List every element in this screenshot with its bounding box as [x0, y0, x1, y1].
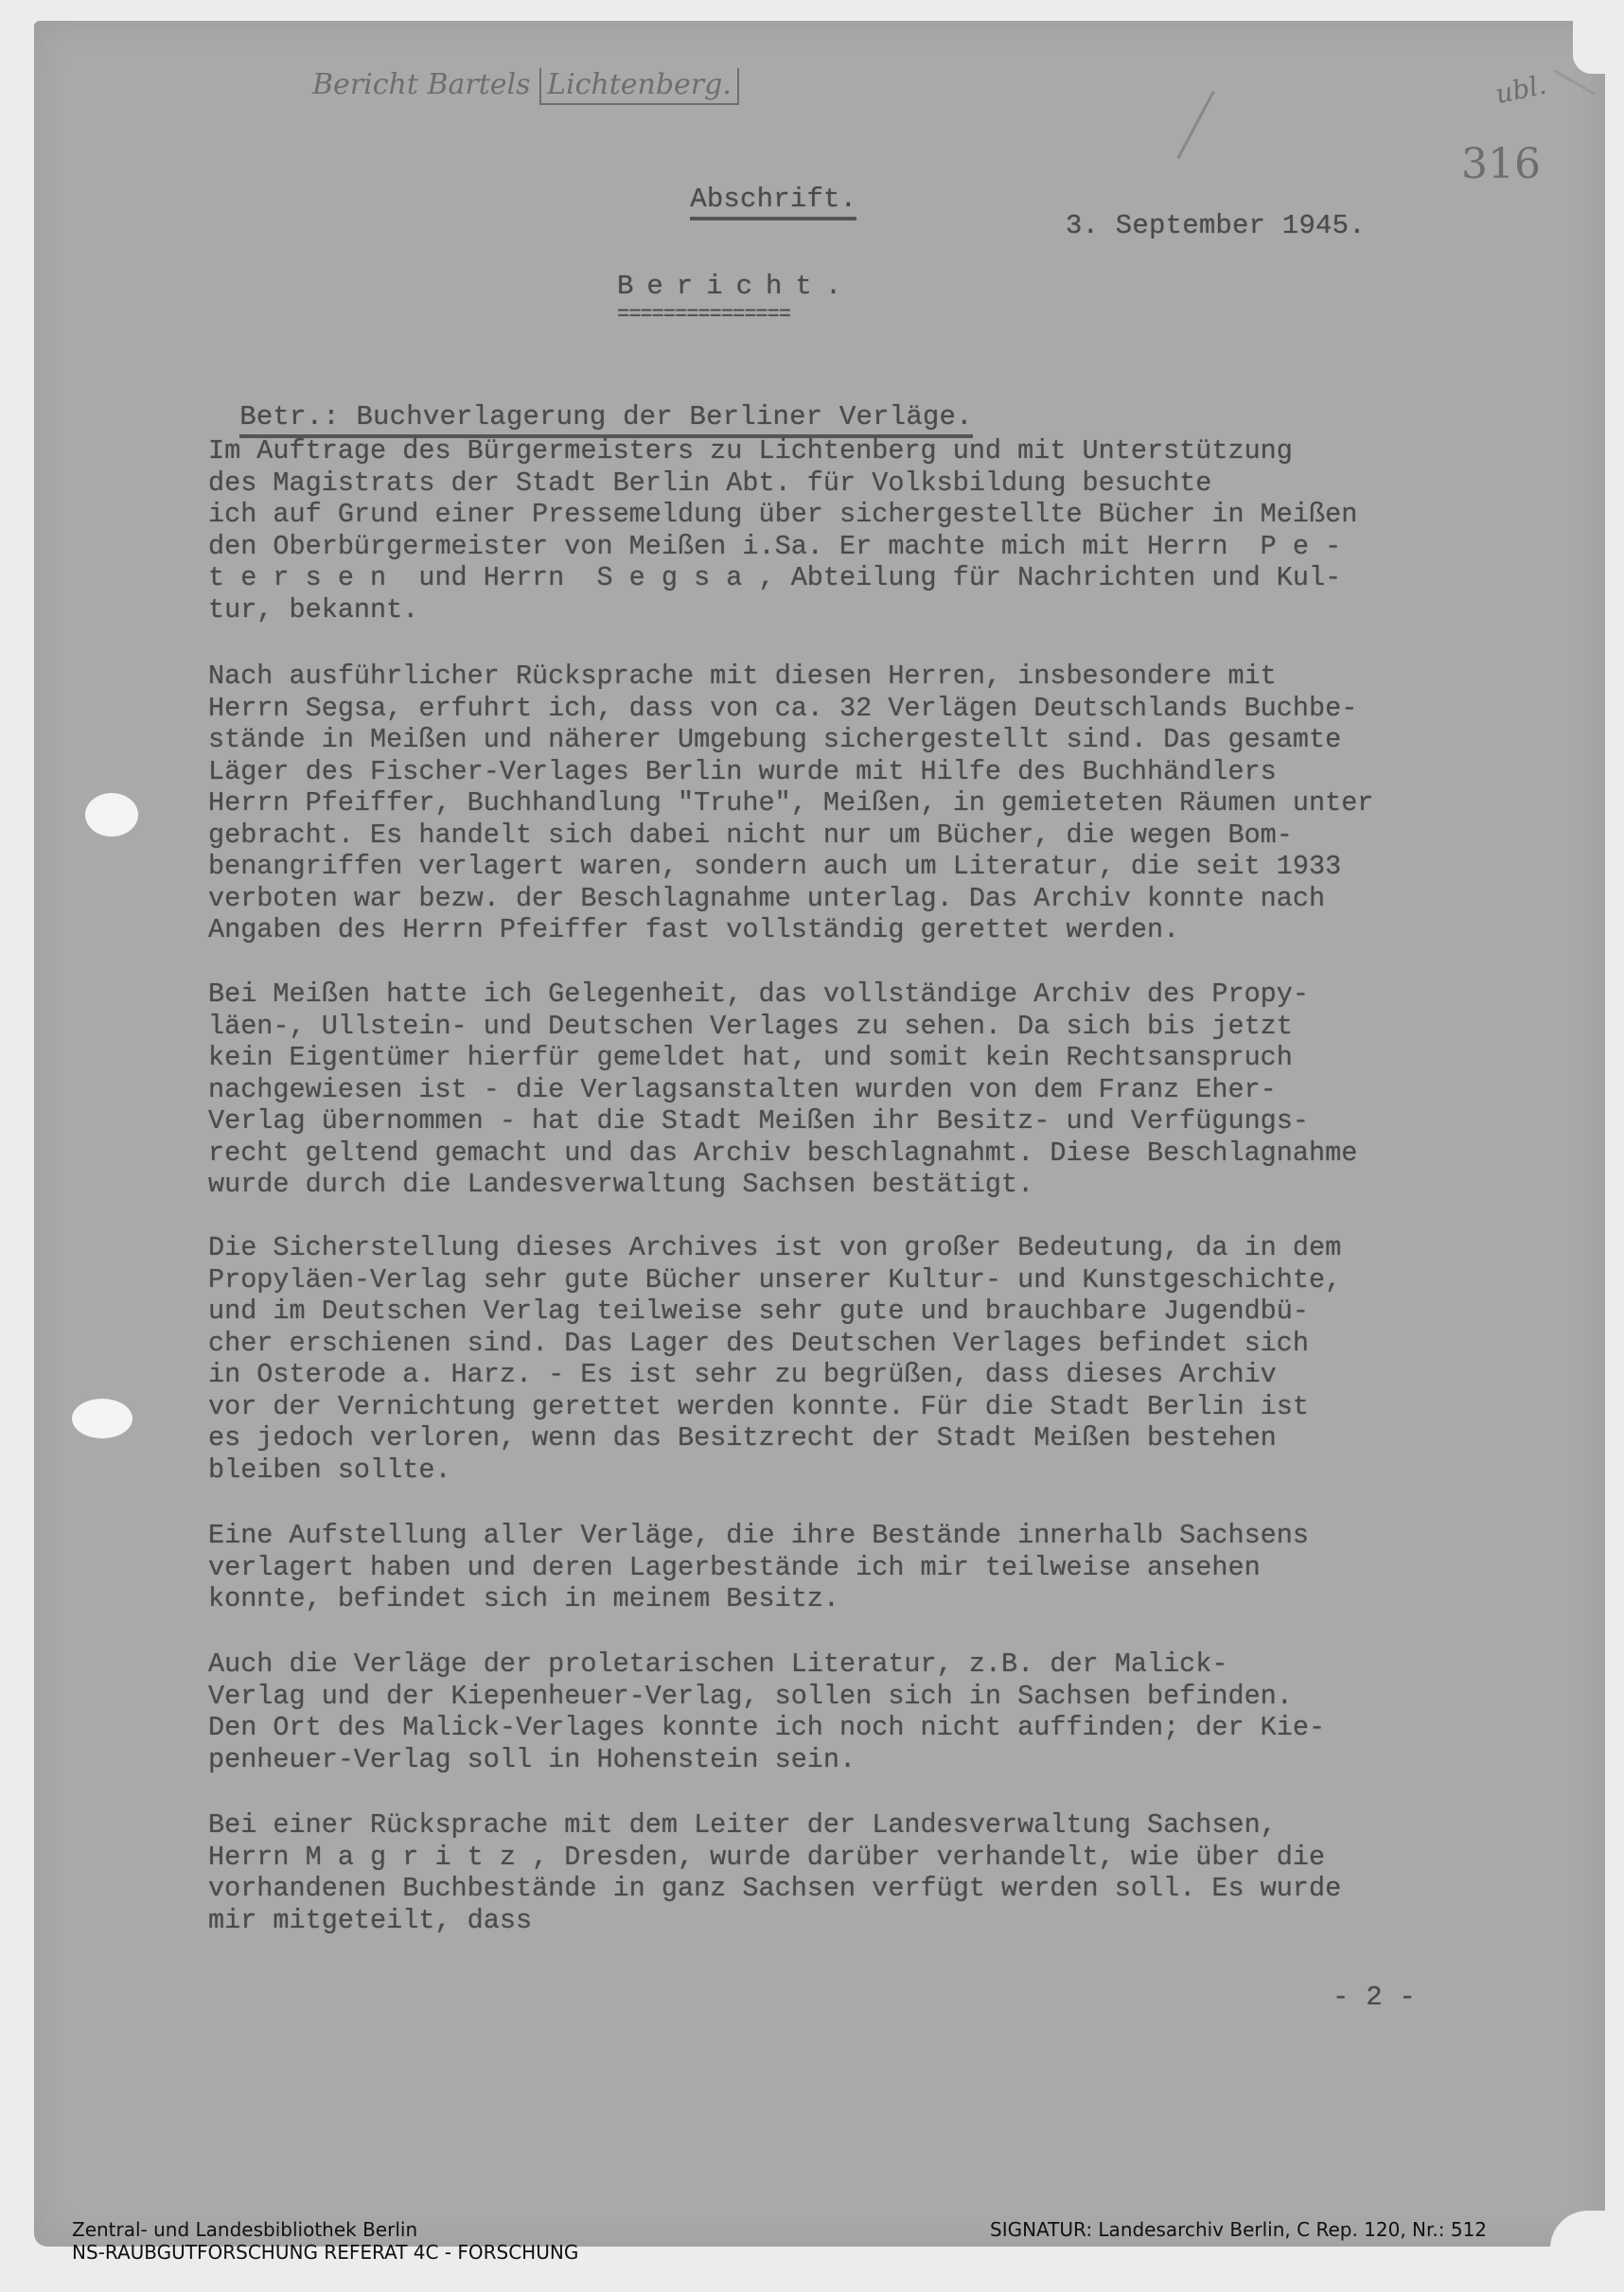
paragraph-line: Angaben des Herrn Pfeiffer fast vollstän…: [208, 914, 1599, 946]
paragraph-line: Bei Meißen hatte ich Gelegenheit, das vo…: [208, 979, 1599, 1011]
paragraph-3: Bei Meißen hatte ich Gelegenheit, das vo…: [208, 979, 1599, 1201]
paragraph-line: in Osterode a. Harz. - Es ist sehr zu be…: [208, 1359, 1599, 1391]
paragraph-line: Auch die Verläge der proletarischen Lite…: [208, 1648, 1599, 1681]
document-subject: Betr.: Buchverlagerung der Berliner Verl…: [206, 369, 973, 433]
paragraph-line: ich auf Grund einer Pressemeldung über s…: [208, 499, 1599, 531]
paragraph-line: kein Eigentümer hierfür gemeldet hat, un…: [208, 1042, 1599, 1074]
paragraph-line: recht geltend gemacht und das Archiv bes…: [208, 1137, 1599, 1170]
paragraph-line: vor der Vernichtung gerettet werden konn…: [208, 1391, 1599, 1423]
paragraph-line: gebracht. Es handelt sich dabei nicht nu…: [208, 820, 1599, 852]
abschrift-label: Abschrift.: [690, 184, 856, 220]
paragraph-line: benangriffen verlagert waren, sondern au…: [208, 851, 1599, 883]
paragraph-6: Auch die Verläge der proletarischen Lite…: [208, 1648, 1599, 1775]
paragraph-line: mir mitgeteilt, dass: [208, 1905, 1599, 1937]
handwritten-note-boxed: Lichtenberg.: [539, 68, 739, 105]
document-label: Abschrift.: [657, 151, 856, 216]
library-name: Zentral- und Landesbibliothek Berlin: [72, 2218, 578, 2241]
paragraph-line: bleiben sollte.: [208, 1455, 1599, 1487]
paragraph-line: Nach ausführlicher Rücksprache mit diese…: [208, 661, 1599, 693]
paragraph-line: Eine Aufstellung aller Verläge, die ihre…: [208, 1520, 1599, 1552]
paragraph-line: es jedoch verloren, wenn das Besitzrecht…: [208, 1422, 1599, 1455]
paragraph-line: Propyläen-Verlag sehr gute Bücher unsere…: [208, 1264, 1599, 1296]
paragraph-5: Eine Aufstellung aller Verläge, die ihre…: [208, 1520, 1599, 1615]
punch-hole-bottom: [72, 1399, 132, 1438]
paragraph-line: Den Ort des Malick-Verlages konnte ich n…: [208, 1712, 1599, 1744]
punch-hole-top: [85, 793, 138, 837]
paragraph-line: stände in Meißen und näherer Umgebung si…: [208, 724, 1599, 756]
paragraph-line: und im Deutschen Verlag teilweise sehr g…: [208, 1296, 1599, 1328]
paragraph-line: den Oberbürgermeister von Meißen i.Sa. E…: [208, 531, 1599, 563]
page-continuation-marker: - 2 -: [1333, 1982, 1416, 2014]
subject-text: Betr.: Buchverlagerung der Berliner Verl…: [239, 401, 973, 438]
archive-footer-left: Zentral- und Landesbibliothek Berlin NS-…: [72, 2218, 578, 2264]
paragraph-line: Verlag und der Kiepenheuer-Verlag, solle…: [208, 1681, 1599, 1713]
paragraph-line: Die Sicherstellung dieses Archives ist v…: [208, 1232, 1599, 1264]
paragraph-line: Herrn Segsa, erfuhrt ich, dass von ca. 3…: [208, 693, 1599, 725]
archive-signature: SIGNATUR: Landesarchiv Berlin, C Rep. 12…: [990, 2218, 1487, 2241]
paragraph-2: Nach ausführlicher Rücksprache mit diese…: [208, 661, 1599, 946]
handwritten-note: Bericht Bartels Lichtenberg.: [312, 68, 739, 101]
paragraph-line: des Magistrats der Stadt Berlin Abt. für…: [208, 467, 1599, 500]
paragraph-line: wurde durch die Landesverwaltung Sachsen…: [208, 1169, 1599, 1201]
paragraph-line: nachgewiesen ist - die Verlagsanstalten …: [208, 1074, 1599, 1106]
paragraph-line: penheuer-Verlag soll in Hohenstein sein.: [208, 1744, 1599, 1776]
paragraph-7: Bei einer Rücksprache mit dem Leiter der…: [208, 1809, 1599, 1936]
paragraph-line: cher erschienen sind. Das Lager des Deut…: [208, 1328, 1599, 1360]
paragraph-1: Im Auftrage des Bürgermeisters zu Lichte…: [208, 435, 1599, 626]
paragraph-line: tur, bekannt.: [208, 594, 1599, 626]
paragraph-4: Die Sicherstellung dieses Archives ist v…: [208, 1232, 1599, 1486]
paragraph-line: verlagert haben und deren Lagerbestände …: [208, 1552, 1599, 1584]
paragraph-line: Im Auftrage des Bürgermeisters zu Lichte…: [208, 435, 1599, 467]
paragraph-line: läen-, Ullstein- und Deutschen Verlages …: [208, 1011, 1599, 1043]
paragraph-line: Verlag übernommen - hat die Stadt Meißen…: [208, 1105, 1599, 1137]
paragraph-line: vorhandenen Buchbestände in ganz Sachsen…: [208, 1873, 1599, 1905]
paragraph-line: verboten war bezw. der Beschlagnahme unt…: [208, 883, 1599, 915]
paragraph-line: Herrn M a g r i t z , Dresden, wurde dar…: [208, 1842, 1599, 1874]
paragraph-line: Herrn Pfeiffer, Buchhandlung "Truhe", Me…: [208, 787, 1599, 820]
paragraph-line: Bei einer Rücksprache mit dem Leiter der…: [208, 1809, 1599, 1842]
document-title: Bericht.: [617, 271, 855, 303]
folio-number: 316: [1461, 140, 1541, 188]
paragraph-line: t e r s e n und Herrn S e g s a , Abteil…: [208, 562, 1599, 594]
paragraph-line: Läger des Fischer-Verlages Berlin wurde …: [208, 756, 1599, 788]
handwritten-note-prefix: Bericht Bartels: [312, 68, 531, 101]
title-double-underline: ===============: [617, 299, 790, 331]
research-department: NS-RAUBGUTFORSCHUNG REFERAT 4C - FORSCHU…: [72, 2241, 578, 2264]
document-date: 3. September 1945.: [1066, 210, 1366, 242]
paragraph-line: konnte, befindet sich in meinem Besitz.: [208, 1583, 1599, 1615]
